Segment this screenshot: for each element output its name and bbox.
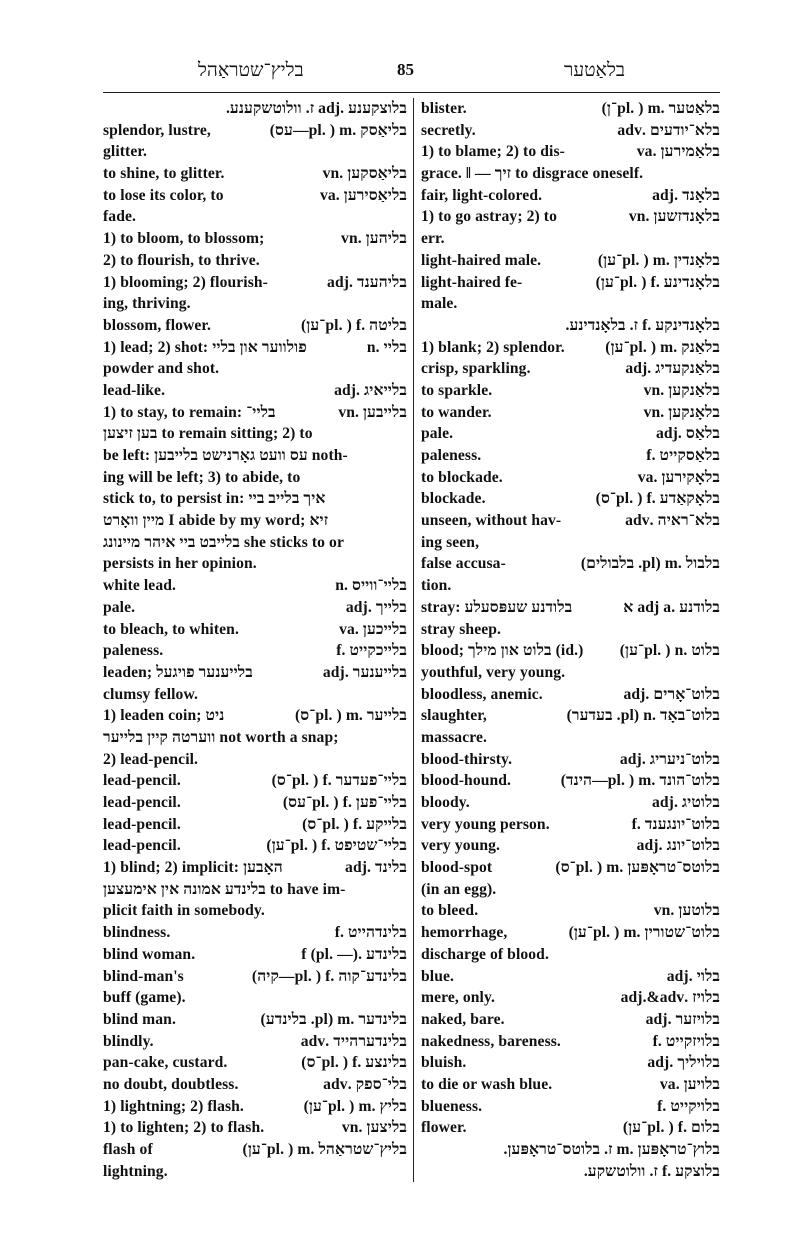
english-definition: 1) to lighten; 2) to flash. xyxy=(103,1117,264,1139)
entry-line: blue.בלוי .adj xyxy=(421,966,720,988)
english-definition: bloodless, anemic. xyxy=(421,684,543,706)
english-definition: glitter. xyxy=(103,141,147,163)
yiddish-headword: בליי־שטיפט .f (pl. ‎־ען) xyxy=(266,835,407,857)
yiddish-headword: בלוי .adj xyxy=(667,966,720,988)
entry-line: blind man.בלינדער .m (pl. בלינדע) xyxy=(103,1009,407,1031)
entry-line: unseen, without hav-בלא־ראיה .adv xyxy=(421,510,720,532)
yiddish-headword: בליהענד .adj xyxy=(327,272,407,294)
entry-line: blindly.בלינדערהייד .adv xyxy=(103,1031,407,1053)
yiddish-headword: בלייכקייט .f xyxy=(336,640,407,662)
entry-line: lead-pencil.בליי־שטיפט .f (pl. ‎־ען) xyxy=(103,835,407,857)
english-definition: 1) to bloom, to blossom; xyxy=(103,228,264,250)
entry-line: to sparkle.בלאַנקען .vn xyxy=(421,380,720,402)
english-definition: mere, only. xyxy=(421,987,495,1009)
yiddish-headword: בלינצע .f (pl. ‎־ס) xyxy=(301,1052,407,1074)
english-definition: youthful, very young. xyxy=(421,662,565,684)
english-definition: flower. xyxy=(421,1117,467,1139)
english-definition: blindly. xyxy=(103,1031,154,1053)
yiddish-headword: בלויזער .adj xyxy=(646,1009,720,1031)
entry-line: blood-hound.בלוט־הונד .m (pl. ‎—הינד) xyxy=(421,770,720,792)
entry-line: flower.בלום .f (pl. ‎־ען) xyxy=(421,1117,720,1139)
entry-line: mere, only.בלויז .adj.&adv xyxy=(421,987,720,1009)
yiddish-headword: בלאָנדינע .f (pl. ‎־ען) xyxy=(596,272,720,294)
yiddish-headword: בלייבען .vn xyxy=(338,402,407,424)
english-definition: very young. xyxy=(421,835,500,857)
english-definition: ing will be left; 3) to abide, to xyxy=(103,467,300,489)
english-definition: stray: בלודנע שעפּסעלע xyxy=(421,597,572,619)
entry-line: blockade.בלאָקאַדע .f (pl. ‎־ס) xyxy=(421,488,720,510)
entry-line: בלוץ־טראָפּען .m ז. בלוטס־טראָפּען. xyxy=(421,1139,720,1161)
yiddish-headword: בלוט־הונד .m (pl. ‎—הינד) xyxy=(561,770,720,792)
english-definition: white lead. xyxy=(103,575,176,597)
entry-line: to die or wash blue.בלויען .va xyxy=(421,1074,720,1096)
yiddish-headword: בלוט־יונגענד .f xyxy=(632,814,720,836)
english-definition: מיין וואָרט I abide by my word; זיא xyxy=(103,510,328,532)
entry-line: blood-spotבלוטס־טראָפּען .m (pl. ‎־ס) xyxy=(421,857,720,879)
entry-line: powder and shot. xyxy=(103,358,407,380)
english-definition: stray sheep. xyxy=(421,619,501,641)
english-definition: blind woman. xyxy=(103,944,195,966)
english-definition: 1) to blame; 2) to dis- xyxy=(421,141,565,163)
entry-line: 2) to flourish, to thrive. xyxy=(103,250,407,272)
entry-line: splendor, lustre,בליאַסק .m (pl. ‎—עס) xyxy=(103,120,407,142)
entry-line: stick to, to persist in: איך בלייב ביי xyxy=(103,488,407,510)
entry-line: pale.בלאַס .adj xyxy=(421,423,720,445)
entry-line: to bleach, to whiten.בלייכען .va xyxy=(103,619,407,641)
entry-line: stray: בלודנע שעפּסעלעבלודנע .adj a א xyxy=(421,597,720,619)
yiddish-headword: בלוצקע .f ז. וולוטשקע. xyxy=(584,1161,720,1183)
entry-line: 1) lightning; 2) flash.בליץ .m (pl. ‎־ען… xyxy=(103,1096,407,1118)
english-definition: discharge of blood. xyxy=(421,944,549,966)
english-definition: 1) blank; 2) splendor. xyxy=(421,337,565,359)
yiddish-headword: בלייער .m (pl. ‎־ס) xyxy=(295,705,407,727)
english-definition: be left: עס וועט גאָרנישט בלייבען noth- xyxy=(103,445,348,467)
english-definition: light-haired male. xyxy=(421,250,541,272)
english-definition: blood; בלוט און מילך (id.) xyxy=(421,640,583,662)
english-definition: massacre. xyxy=(421,727,487,749)
entry-line: blind woman.בלינדע .f (pl. ‎—) xyxy=(103,944,407,966)
english-definition: ing seen, xyxy=(421,532,479,554)
entry-line: 2) lead-pencil. xyxy=(103,749,407,771)
yiddish-headword: בליאַסירען .va xyxy=(320,185,407,207)
english-definition: plicit faith in somebody. xyxy=(103,900,265,922)
entry-line: discharge of blood. xyxy=(421,944,720,966)
left-column: בלוצקענע .adj ז. וולוטשקענע.splendor, lu… xyxy=(103,98,414,1182)
english-definition: 2) to flourish, to thrive. xyxy=(103,250,260,272)
yiddish-headword: בלא־ראיה .adv xyxy=(625,510,720,532)
entry-line: white lead.בליי־ווייס .n xyxy=(103,575,407,597)
english-definition: secretly. xyxy=(421,120,476,142)
entry-line: 1) to go astray; 2) toבלאָנדזשען .vn xyxy=(421,206,720,228)
english-definition: ing, thriving. xyxy=(103,293,191,315)
yiddish-headword: בלינדערהייד .adv xyxy=(301,1031,407,1053)
entry-line: to lose its color, toבליאַסירען .va xyxy=(103,185,407,207)
entry-line: (in an egg). xyxy=(421,879,720,901)
english-definition: 1) leaden coin; ניט xyxy=(103,705,224,727)
english-definition: lead-pencil. xyxy=(103,835,181,857)
english-definition: hemorrhage, xyxy=(421,922,507,944)
entry-line: tion. xyxy=(421,575,720,597)
entry-line: male. xyxy=(421,293,720,315)
entry-line: blossom, flower.בליטה .f (pl. ‎־ען) xyxy=(103,315,407,337)
yiddish-headword: בליהען .vn xyxy=(341,228,407,250)
english-definition: blossom, flower. xyxy=(103,315,211,337)
yiddish-headword: בלוט־אָרים .adj xyxy=(623,684,720,706)
entry-line: lightning. xyxy=(103,1161,407,1183)
entry-line: to shine, to glitter.בליאַסקען .vn xyxy=(103,163,407,185)
english-definition: powder and shot. xyxy=(103,358,219,380)
yiddish-headword: בלאָקירען .va xyxy=(638,467,720,489)
english-definition: paleness. xyxy=(103,640,163,662)
yiddish-headword: בליי־ווייס .n xyxy=(335,575,407,597)
entry-line: lead-pencil.בלייקע .f (pl. ‎־ס) xyxy=(103,814,407,836)
yiddish-headword: בליצען .vn xyxy=(342,1117,407,1139)
entry-line: paleness.בלאַסקייט .f xyxy=(421,445,720,467)
entry-line: blindness.בלינדהייט .f xyxy=(103,922,407,944)
entry-line: fair, light-colored.בלאָנד .adj xyxy=(421,185,720,207)
yiddish-headword: בליאַסק .m (pl. ‎—עס) xyxy=(270,120,407,142)
english-definition: to die or wash blue. xyxy=(421,1074,552,1096)
yiddish-headword: בלוץ־טראָפּען .m ז. בלוטס־טראָפּען. xyxy=(503,1139,720,1161)
english-definition: ווערטה קיין בלייער not worth a snap; xyxy=(103,727,339,749)
english-definition: blockade. xyxy=(421,488,486,510)
entry-line: lead-pencil.בליי־פעדער .f (pl. ‎־ס) xyxy=(103,770,407,792)
yiddish-headword: בלודנע .adj a א xyxy=(623,597,720,619)
english-definition: light-haired fe- xyxy=(421,272,522,294)
entry-line: 1) to lighten; 2) to flash.בליצען .vn xyxy=(103,1117,407,1139)
entry-line: blind-man'sבלינדע־קוה .f (pl. ‎—קיה) xyxy=(103,966,407,988)
entry-line: בלוצקע .f ז. וולוטשקע. xyxy=(421,1161,720,1183)
english-definition: err. xyxy=(421,228,445,250)
yiddish-headword: בלינדהייט .f xyxy=(335,922,407,944)
english-definition: blood-spot xyxy=(421,857,492,879)
entry-line: ווערטה קיין בלייער not worth a snap; xyxy=(103,727,407,749)
entry-line: bloodless, anemic.בלוט־אָרים .adj xyxy=(421,684,720,706)
yiddish-headword: בליי־פען .f (pl. ‎־עס) xyxy=(283,792,407,814)
yiddish-headword: בלויקייט .f xyxy=(657,1096,720,1118)
english-definition: blind man. xyxy=(103,1009,176,1031)
dictionary-page: בליץ־שטראַהל 85 בלאַטער בלוצקענע .adj ז.… xyxy=(103,58,720,86)
yiddish-headword: בלייקע .f (pl. ‎־ס) xyxy=(302,814,407,836)
yiddish-headword: בליאַסקען .vn xyxy=(323,163,407,185)
english-definition: to lose its color, to xyxy=(103,185,224,207)
entry-line: to blockade.בלאָקירען .va xyxy=(421,467,720,489)
yiddish-headword: בלוטיג .adj xyxy=(652,792,720,814)
english-definition: buff (game). xyxy=(103,987,186,1009)
yiddish-headword: בליי .n xyxy=(367,337,407,359)
english-definition: no doubt, doubtless. xyxy=(103,1074,238,1096)
entry-line: 1) lead; 2) shot: פולווער און בלייבליי .… xyxy=(103,337,407,359)
entry-line: lead-like.בלייאיג .adj xyxy=(103,380,407,402)
english-definition: blood-thirsty. xyxy=(421,749,512,771)
english-definition: blueness. xyxy=(421,1096,482,1118)
page-number: 85 xyxy=(397,60,414,80)
english-definition: grace. ‖ — זיך to disgrace oneself. xyxy=(421,163,643,185)
english-definition: bluish. xyxy=(421,1052,466,1074)
entry-line: 1) blind; 2) implicit: האָבעןבלינד .adj xyxy=(103,857,407,879)
yiddish-headword: בלאַסקייט .f xyxy=(646,445,720,467)
yiddish-headword: בלאָנדזשען .vn xyxy=(629,206,720,228)
english-definition: 1) to go astray; 2) to xyxy=(421,206,557,228)
yiddish-headword: בלאַס .adj xyxy=(656,423,720,445)
header-rule xyxy=(103,92,720,93)
english-definition: blue. xyxy=(421,966,454,988)
english-definition: lead-pencil. xyxy=(103,770,181,792)
yiddish-headword: בלוט־באָד .n (pl. בעדער) xyxy=(567,705,720,727)
english-definition: pale. xyxy=(103,597,135,619)
english-definition: unseen, without hav- xyxy=(421,510,561,532)
yiddish-headword: בלוטס־טראָפּען .m (pl. ‎־ס) xyxy=(555,857,720,879)
yiddish-headword: בלויליך .adj xyxy=(647,1052,720,1074)
english-definition: 1) blind; 2) implicit: האָבען xyxy=(103,857,283,879)
entry-line: clumsy fellow. xyxy=(103,684,407,706)
english-definition: tion. xyxy=(421,575,451,597)
english-definition: pale. xyxy=(421,423,453,445)
entry-line: naked, bare.בלויזער .adj xyxy=(421,1009,720,1031)
english-definition: false accusa- xyxy=(421,553,506,575)
yiddish-headword: בלאָנקען .vn xyxy=(644,402,720,424)
entry-line: be left: עס וועט גאָרנישט בלייבען noth- xyxy=(103,445,407,467)
english-definition: splendor, lustre, xyxy=(103,120,211,142)
english-definition: slaughter, xyxy=(421,705,487,727)
yiddish-headword: בלאָנדינקע .f ז. בלאָנדינע. xyxy=(565,315,720,337)
english-definition: to blockade. xyxy=(421,467,503,489)
entry-line: false accusa-בלבול .m (pl. בלבולים) xyxy=(421,553,720,575)
english-definition: fair, light-colored. xyxy=(421,185,542,207)
english-definition: pan-cake, custard. xyxy=(103,1052,227,1074)
english-definition: 1) lead; 2) shot: פולווער און בליי xyxy=(103,337,307,359)
english-definition: paleness. xyxy=(421,445,481,467)
entry-line: nakedness, bareness.בלויזקייט .f xyxy=(421,1031,720,1053)
english-definition: בלייבט ביי איהר מיינונג she sticks to or xyxy=(103,532,344,554)
entry-line: to wander.בלאָנקען .vn xyxy=(421,402,720,424)
yiddish-headword: בלוט־יונג .adj xyxy=(637,835,720,857)
entry-line: lead-pencil.בליי־פען .f (pl. ‎־עס) xyxy=(103,792,407,814)
english-definition: lead-pencil. xyxy=(103,792,181,814)
english-definition: crisp, sparkling. xyxy=(421,358,531,380)
english-definition: very young person. xyxy=(421,814,550,836)
english-definition: blindness. xyxy=(103,922,170,944)
entry-line: very young.בלוט־יונג .adj xyxy=(421,835,720,857)
entry-line: blister.בלאַטער .m (pl. ‎־ן) xyxy=(421,98,720,120)
english-definition: nakedness, bareness. xyxy=(421,1031,561,1053)
yiddish-headword: בלוטען .vn xyxy=(654,900,720,922)
entry-line: ing seen, xyxy=(421,532,720,554)
yiddish-headword: בלויען .va xyxy=(660,1074,720,1096)
english-definition: בלינדע אמונה אין אימעצען to have im- xyxy=(103,879,345,901)
english-definition: 1) to stay, to remain: בליי־ xyxy=(103,402,276,424)
english-definition: naked, bare. xyxy=(421,1009,505,1031)
entry-line: youthful, very young. xyxy=(421,662,720,684)
yiddish-headword: בלוט .n (pl. ‎־ען) xyxy=(620,640,720,662)
english-definition: blood-hound. xyxy=(421,770,511,792)
entry-line: ing will be left; 3) to abide, to xyxy=(103,467,407,489)
entry-line: bluish.בלויליך .adj xyxy=(421,1052,720,1074)
yiddish-headword: בלינד .adj xyxy=(345,857,407,879)
english-definition: בען זיצען to remain sitting; 2) to xyxy=(103,423,313,445)
english-definition: blister. xyxy=(421,98,467,120)
english-definition: bloody. xyxy=(421,792,470,814)
yiddish-headword: בלוט־ניעריג .adj xyxy=(620,749,720,771)
entry-line: 1) to blame; 2) to dis-בלאַמירען .va xyxy=(421,141,720,163)
english-definition: to sparkle. xyxy=(421,380,492,402)
entry-line: 1) to bloom, to blossom;בליהען .vn xyxy=(103,228,407,250)
entry-line: ing, thriving. xyxy=(103,293,407,315)
english-definition: blind-man's xyxy=(103,966,184,988)
entry-line: stray sheep. xyxy=(421,619,720,641)
entry-line: pale.בלייך .adj xyxy=(103,597,407,619)
yiddish-headword: בלאַנקען .vn xyxy=(644,380,720,402)
entry-line: fade. xyxy=(103,206,407,228)
yiddish-headword: בלאָקאַדע .f (pl. ‎־ס) xyxy=(596,488,720,510)
entry-line: very young person.בלוט־יונגענד .f xyxy=(421,814,720,836)
yiddish-headword: בלייאיג .adj xyxy=(334,380,407,402)
yiddish-headword: בלייך .adj xyxy=(346,597,407,619)
yiddish-headword: בלאַמירען .va xyxy=(637,141,720,163)
entry-line: crisp, sparkling.בלאַנקעדיג .adj xyxy=(421,358,720,380)
entry-line: בלאָנדינקע .f ז. בלאָנדינע. xyxy=(421,315,720,337)
english-definition: male. xyxy=(421,293,457,315)
entry-line: pan-cake, custard.בלינצע .f (pl. ‎־ס) xyxy=(103,1052,407,1074)
english-definition: to shine, to glitter. xyxy=(103,163,225,185)
entry-line: plicit faith in somebody. xyxy=(103,900,407,922)
yiddish-headword: בלבול .m (pl. בלבולים) xyxy=(581,553,720,575)
entry-line: 1) leaden coin; ניטבלייער .m (pl. ‎־ס) xyxy=(103,705,407,727)
yiddish-headword: בליץ־שטראַהל .m (pl. ‎־ען) xyxy=(243,1139,407,1161)
english-definition: to bleed. xyxy=(421,900,478,922)
yiddish-headword: בלייכען .va xyxy=(339,619,407,641)
yiddish-headword: בלויזקייט .f xyxy=(653,1031,720,1053)
english-definition: lead-like. xyxy=(103,380,165,402)
entry-line: secretly.בלא־יודעים .adv xyxy=(421,120,720,142)
entry-line: buff (game). xyxy=(103,987,407,1009)
yiddish-headword: בלינדע־קוה .f (pl. ‎—קיה) xyxy=(252,966,407,988)
entry-line: to bleed.בלוטען .vn xyxy=(421,900,720,922)
yiddish-headword: בלא־יודעים .adv xyxy=(617,120,720,142)
entry-line: slaughter,בלוט־באָד .n (pl. בעדער) xyxy=(421,705,720,727)
entry-line: light-haired fe-בלאָנדינע .f (pl. ‎־ען) xyxy=(421,272,720,294)
two-column-body: בלוצקענע .adj ז. וולוטשקענע.splendor, lu… xyxy=(103,98,720,1182)
english-definition: 1) blooming; 2) flourish- xyxy=(103,272,268,294)
english-definition: (in an egg). xyxy=(421,879,496,901)
entry-line: massacre. xyxy=(421,727,720,749)
english-definition: persists in her opinion. xyxy=(103,553,257,575)
english-definition: stick to, to persist in: איך בלייב ביי xyxy=(103,488,326,510)
entry-line: 1) blooming; 2) flourish-בליהענד .adj xyxy=(103,272,407,294)
right-column: blister.בלאַטער .m (pl. ‎־ן)secretly.בלא… xyxy=(414,98,720,1182)
entry-line: grace. ‖ — זיך to disgrace oneself. xyxy=(421,163,720,185)
yiddish-headword: בלאַנקעדיג .adj xyxy=(625,358,720,380)
english-definition: to bleach, to whiten. xyxy=(103,619,239,641)
yiddish-headword: בליטה .f (pl. ‎־ען) xyxy=(301,315,407,337)
entry-line: light-haired male.בלאָנדין .m (pl. ‎־ען) xyxy=(421,250,720,272)
entry-line: blueness.בלויקייט .f xyxy=(421,1096,720,1118)
yiddish-headword: בלאָנדין .m (pl. ‎־ען) xyxy=(598,250,720,272)
yiddish-headword: בלוט־שטורין .m (pl. ‎־ען) xyxy=(569,922,720,944)
entry-line: hemorrhage,בלוט־שטורין .m (pl. ‎־ען) xyxy=(421,922,720,944)
entry-line: err. xyxy=(421,228,720,250)
entry-line: persists in her opinion. xyxy=(103,553,407,575)
yiddish-headword: בלאַנק .m (pl. ‎־ען) xyxy=(605,337,720,359)
entry-line: leaden; בלייענער פויגעלבלייענער .adj xyxy=(103,662,407,684)
entry-line: bloody.בלוטיג .adj xyxy=(421,792,720,814)
entry-line: paleness.בלייכקייט .f xyxy=(103,640,407,662)
entry-line: glitter. xyxy=(103,141,407,163)
entry-line: blood; בלוט און מילך (id.)בלוט .n (pl. ‎… xyxy=(421,640,720,662)
entry-line: blood-thirsty.בלוט־ניעריג .adj xyxy=(421,749,720,771)
yiddish-headword: בלאָנד .adj xyxy=(652,185,720,207)
entry-line: בלייבט ביי איהר מיינונג she sticks to or xyxy=(103,532,407,554)
yiddish-headword: בלינדער .m (pl. בלינדע) xyxy=(261,1009,407,1031)
yiddish-headword: בלי־ספק .adv xyxy=(323,1074,407,1096)
left-guide-word: בליץ־שטראַהל xyxy=(198,60,304,82)
english-definition: clumsy fellow. xyxy=(103,684,198,706)
entry-line: 1) to stay, to remain: בליי־בלייבען .vn xyxy=(103,402,407,424)
yiddish-headword: בלוצקענע .adj ז. וולוטשקענע. xyxy=(226,98,407,120)
english-definition: flash of xyxy=(103,1139,153,1161)
entry-line: מיין וואָרט I abide by my word; זיא xyxy=(103,510,407,532)
yiddish-headword: בלום .f (pl. ‎־ען) xyxy=(623,1117,720,1139)
running-head: בליץ־שטראַהל 85 בלאַטער xyxy=(103,58,720,86)
yiddish-headword: בלינדע .f (pl. ‎—) xyxy=(301,944,407,966)
english-definition: fade. xyxy=(103,206,136,228)
entry-line: בלוצקענע .adj ז. וולוטשקענע. xyxy=(103,98,407,120)
entry-line: no doubt, doubtless.בלי־ספק .adv xyxy=(103,1074,407,1096)
english-definition: to wander. xyxy=(421,402,492,424)
english-definition: leaden; בלייענער פויגעל xyxy=(103,662,253,684)
right-guide-word: בלאַטער xyxy=(564,60,625,82)
entry-line: flash ofבליץ־שטראַהל .m (pl. ‎־ען) xyxy=(103,1139,407,1161)
yiddish-headword: בליי־פעדער .f (pl. ‎־ס) xyxy=(272,770,407,792)
yiddish-headword: בלאַטער .m (pl. ‎־ן) xyxy=(602,98,720,120)
entry-line: בען זיצען to remain sitting; 2) to xyxy=(103,423,407,445)
yiddish-headword: בלייענער .adj xyxy=(323,662,407,684)
entry-line: 1) blank; 2) splendor.בלאַנק .m (pl. ‎־ע… xyxy=(421,337,720,359)
english-definition: 1) lightning; 2) flash. xyxy=(103,1096,244,1118)
yiddish-headword: בליץ .m (pl. ‎־ען) xyxy=(304,1096,407,1118)
entry-line: בלינדע אמונה אין אימעצען to have im- xyxy=(103,879,407,901)
english-definition: 2) lead-pencil. xyxy=(103,749,198,771)
yiddish-headword: בלויז .adj.&adv xyxy=(621,987,720,1009)
english-definition: lightning. xyxy=(103,1161,168,1183)
english-definition: lead-pencil. xyxy=(103,814,181,836)
